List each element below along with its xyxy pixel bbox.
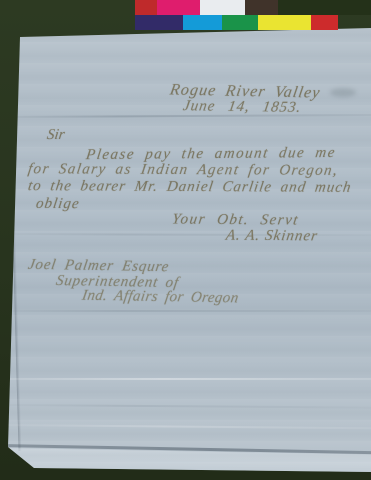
color-bar-row-2 <box>135 15 371 30</box>
letter-body-line: for Salary as Indian Agent for Oregon, <box>27 161 340 180</box>
color-patch-red <box>135 0 157 15</box>
fold-line <box>0 378 371 380</box>
color-patch-navy-blue <box>135 15 183 30</box>
color-patch-dark-brown <box>245 0 278 15</box>
letter-date-line: June 14, 1853. <box>182 98 303 117</box>
color-calibration-bar <box>135 0 371 30</box>
color-patch-green <box>222 15 258 30</box>
fold-line <box>0 424 371 430</box>
letter-body-line: oblige <box>35 196 81 213</box>
letter-salutation: Sir <box>46 127 66 144</box>
pencil-smudge <box>330 88 356 97</box>
color-bar-row-1 <box>135 0 371 15</box>
letter-address-line: Ind. Affairs for Oregon <box>81 288 240 308</box>
paper-left-edge-shadow <box>7 36 22 451</box>
color-patch-white <box>200 0 245 15</box>
color-patch-dark-green <box>278 0 371 15</box>
color-patch-yellow <box>258 15 311 30</box>
scanned-document-photo: Rogue River Valley June 14, 1853. Sir Pl… <box>0 0 371 480</box>
color-patch-red <box>311 15 338 30</box>
letter-paper: Rogue River Valley June 14, 1853. Sir Pl… <box>0 0 371 480</box>
fold-line <box>0 404 371 409</box>
fold-line <box>0 310 371 312</box>
color-patch-cyan <box>183 15 222 30</box>
letter-signature: A. A. Skinner <box>225 228 319 246</box>
folded-flap <box>0 448 371 480</box>
color-patch-magenta <box>157 0 200 15</box>
letter-body-line: to the bearer Mr. Daniel Carlile and muc… <box>27 178 353 197</box>
